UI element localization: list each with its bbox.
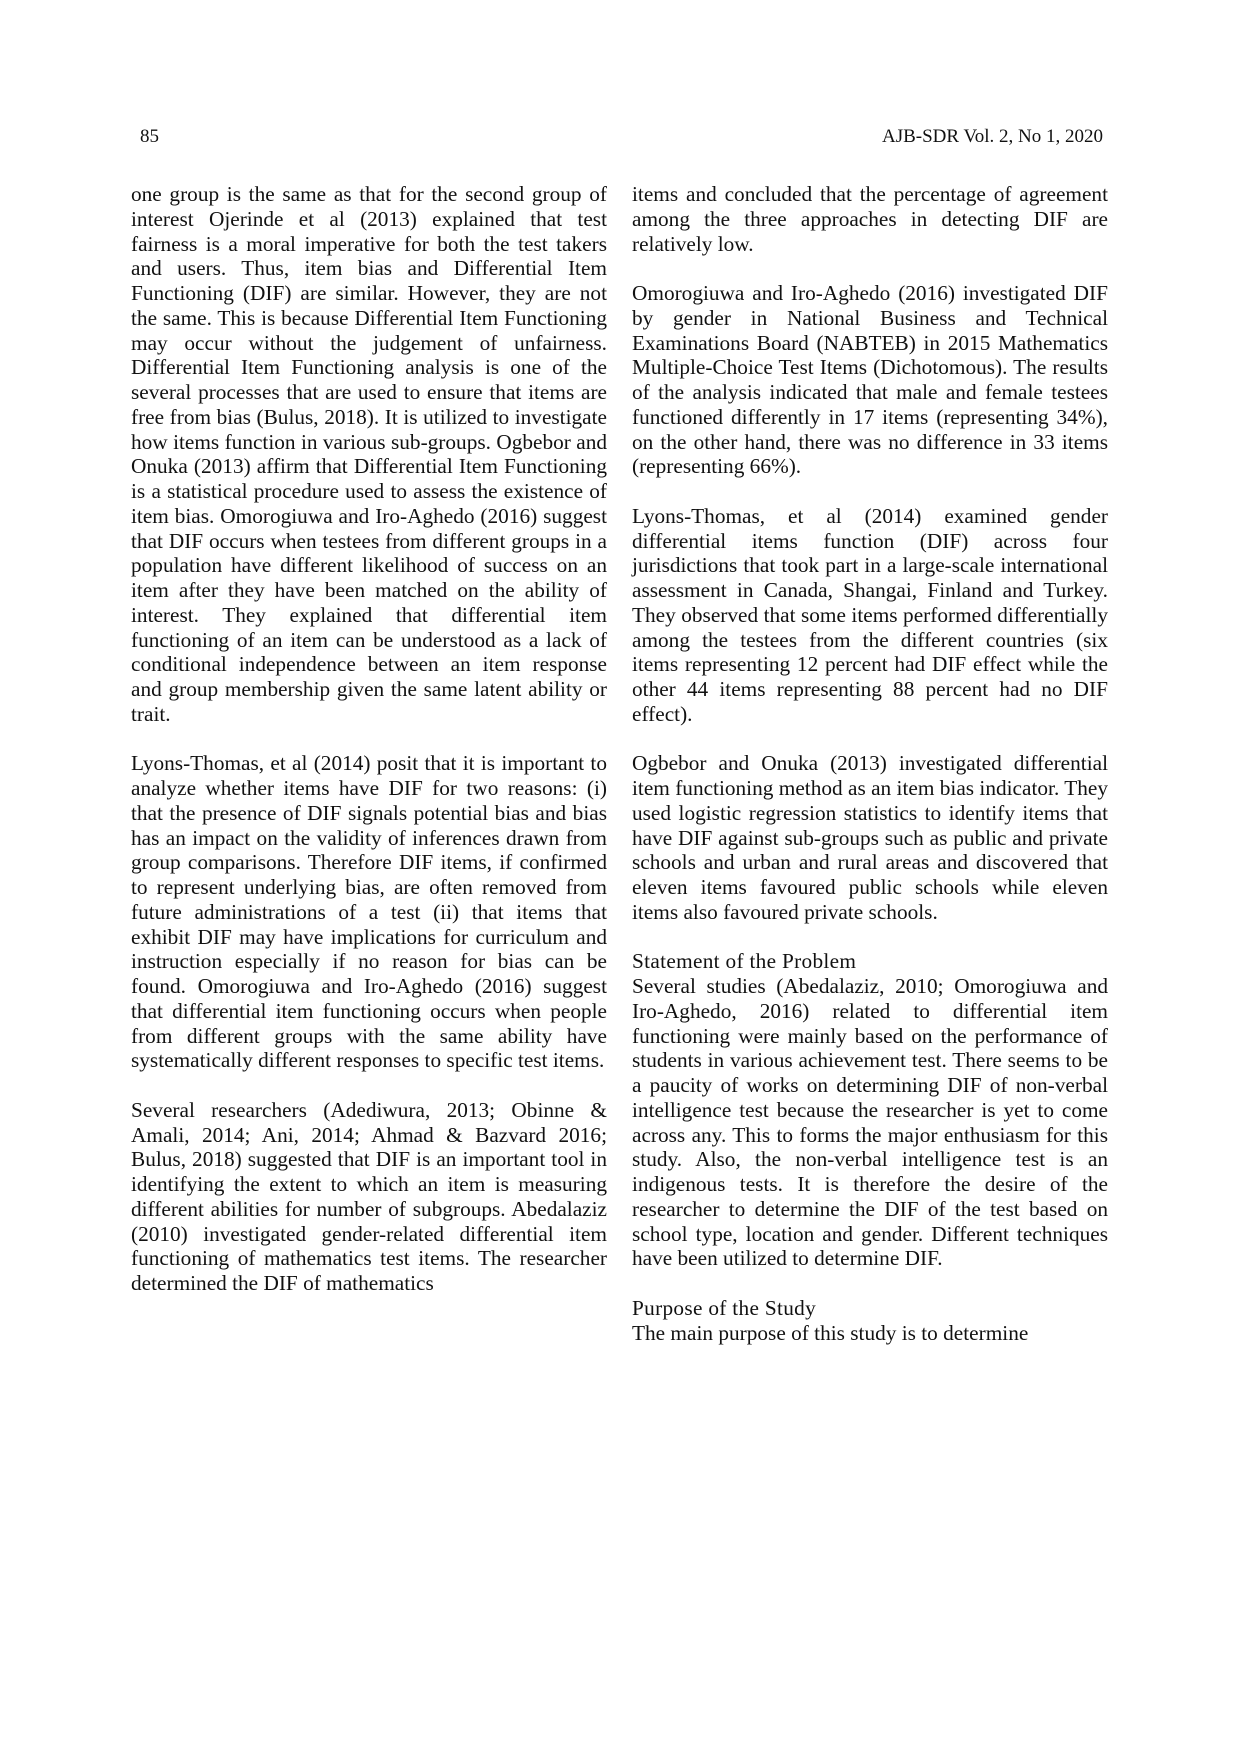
section-body-statement-of-problem: Several studies (Abedalaziz, 2010; Omoro… <box>632 974 1108 1271</box>
paragraph-continuation: items and concluded that the percentage … <box>632 182 1108 256</box>
journal-citation: AJB-SDR Vol. 2, No 1, 2020 <box>882 126 1103 148</box>
paragraph-omorogiuwa-study: Omorogiuwa and Iro-Aghedo (2016) investi… <box>632 281 1108 479</box>
page-number: 85 <box>140 126 159 148</box>
paragraph-lyons-thomas-reasons: Lyons-Thomas, et al (2014) posit that it… <box>131 751 607 1073</box>
section-heading-purpose-of-study: Purpose of the Study <box>632 1296 1108 1321</box>
page-header: 85 AJB-SDR Vol. 2, No 1, 2020 <box>140 126 1103 152</box>
paragraph-lyons-thomas-study: Lyons-Thomas, et al (2014) examined gend… <box>632 504 1108 727</box>
section-body-purpose-of-study: The main purpose of this study is to det… <box>632 1321 1108 1346</box>
right-column: items and concluded that the percentage … <box>632 182 1108 1345</box>
paragraph-dif-definition: one group is the same as that for the se… <box>131 182 607 727</box>
paragraph-several-researchers: Several researchers (Adediwura, 2013; Ob… <box>131 1098 607 1296</box>
paragraph-ogbebor-study: Ogbebor and Onuka (2013) investigated di… <box>632 751 1108 924</box>
section-heading-statement-of-problem: Statement of the Problem <box>632 949 1108 974</box>
left-column: one group is the same as that for the se… <box>131 182 607 1296</box>
